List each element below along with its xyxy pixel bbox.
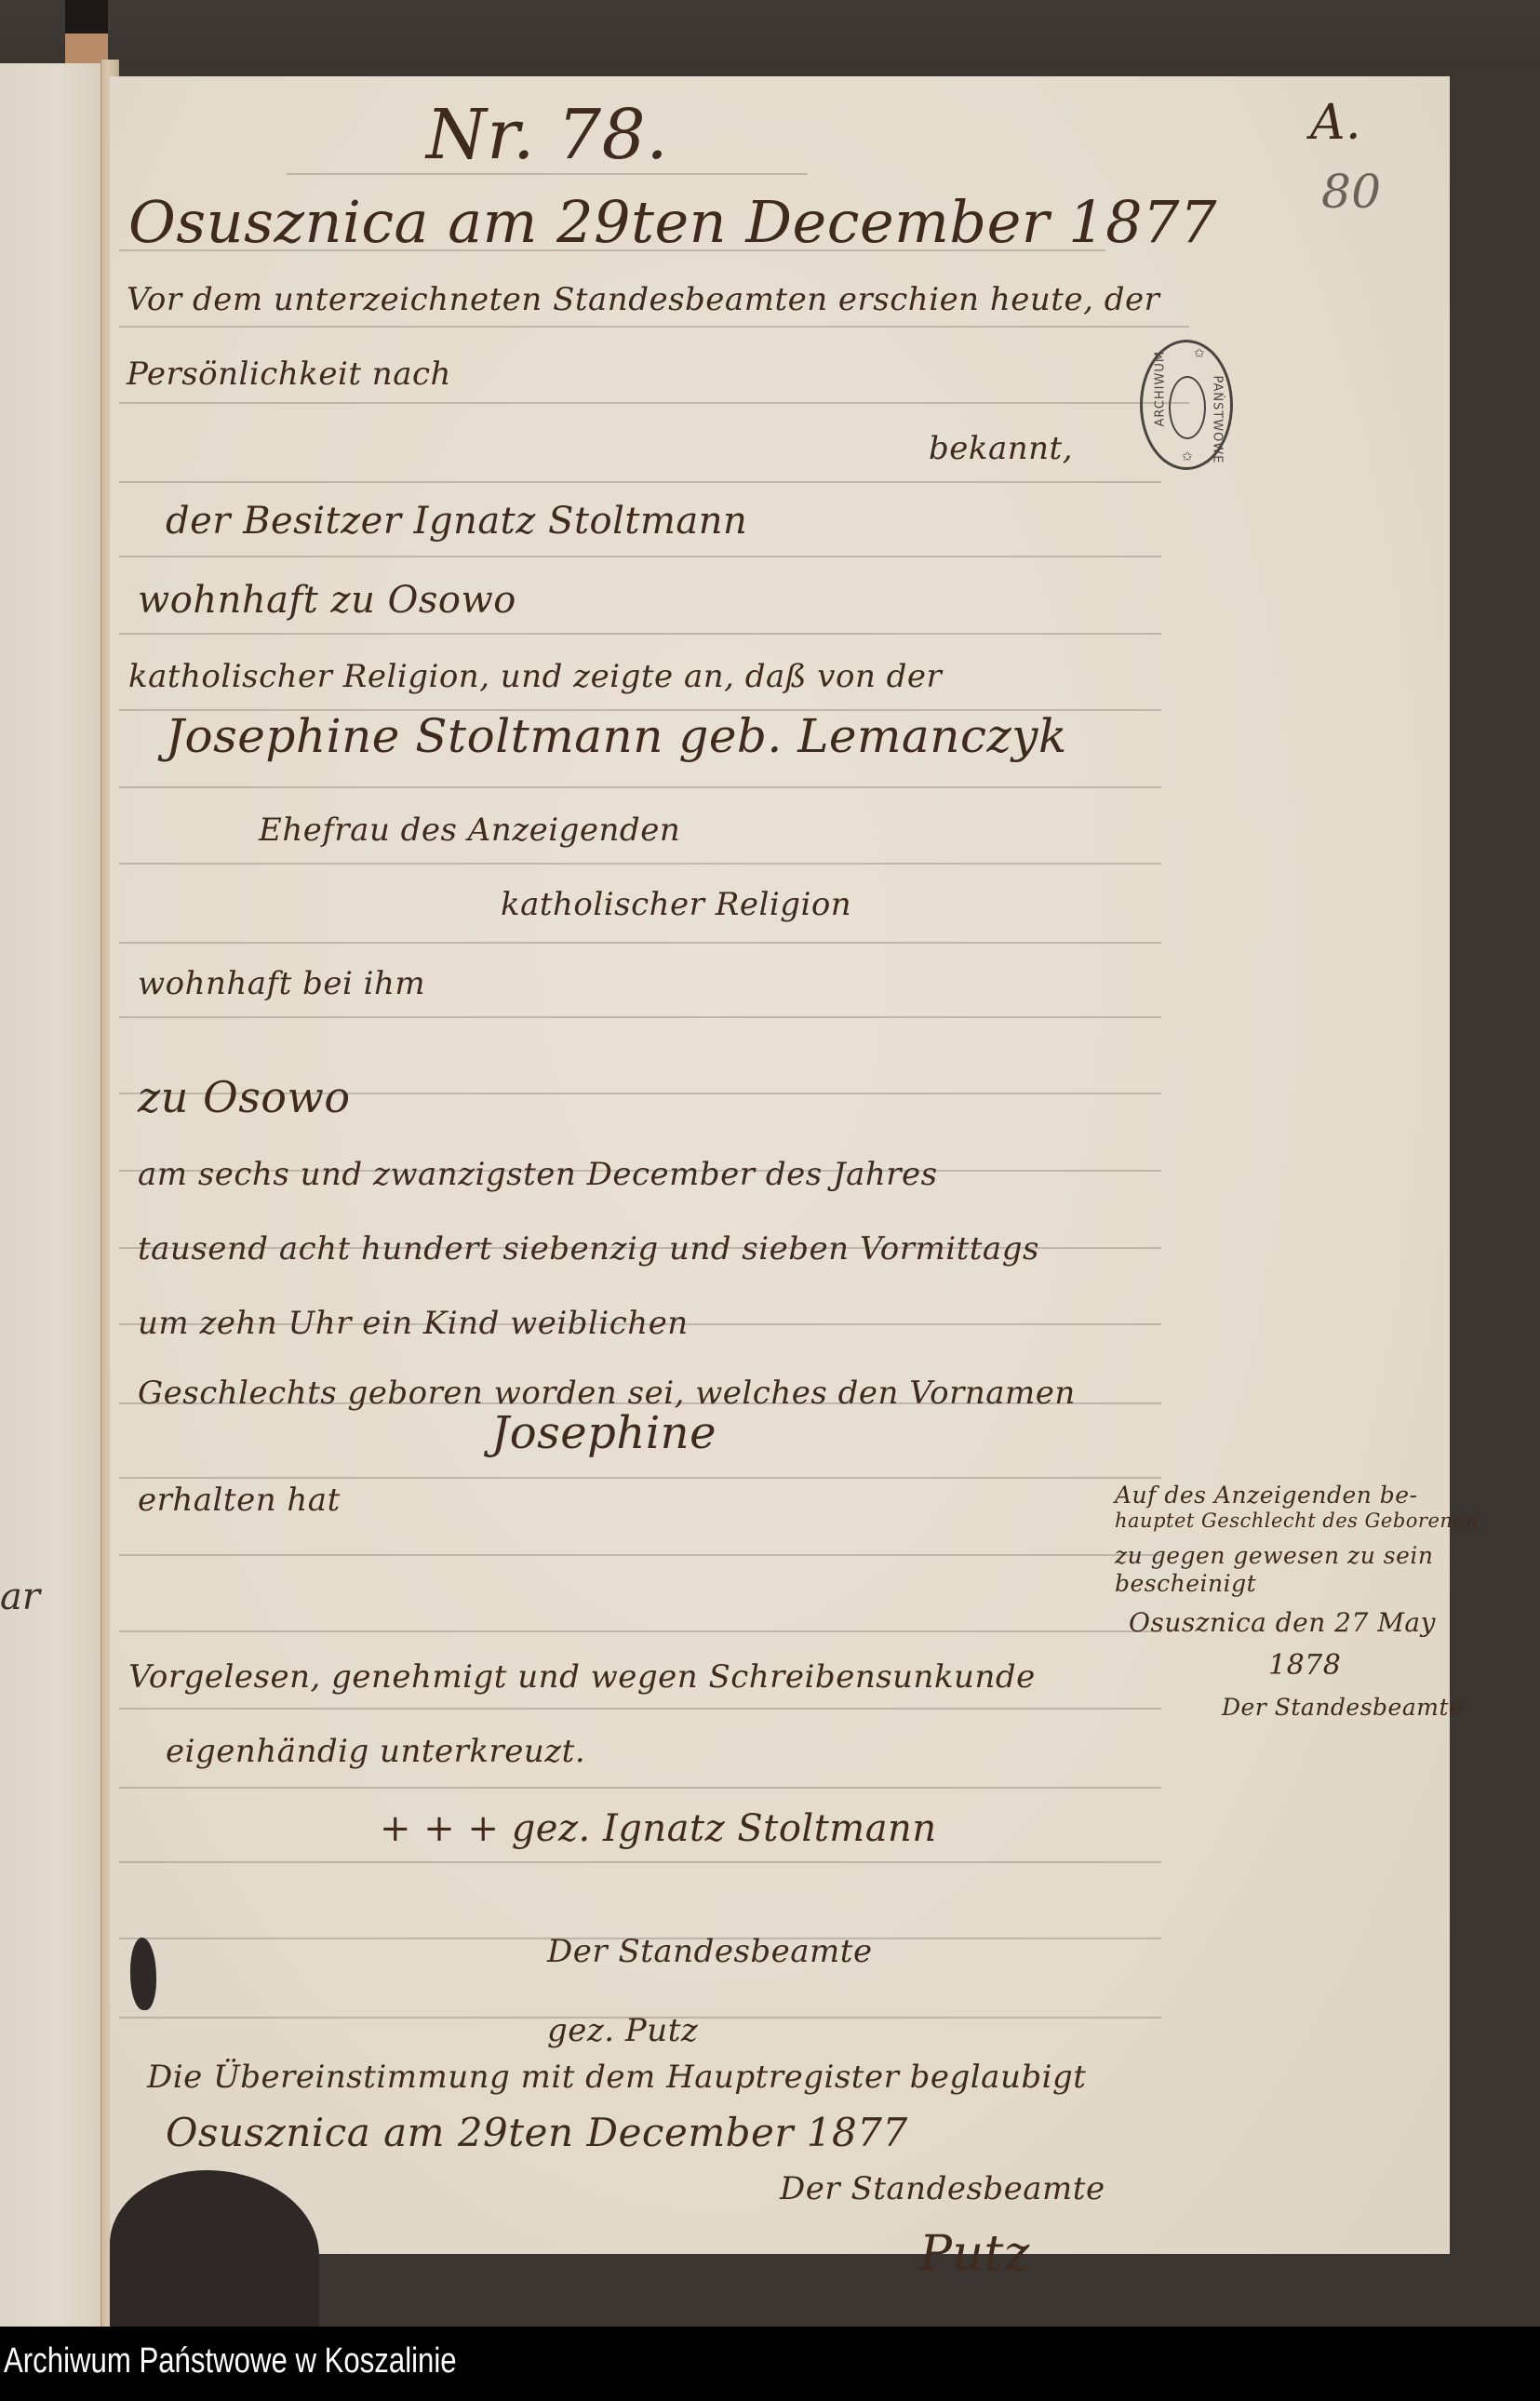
margin-note-line: bescheinigt xyxy=(1115,1570,1256,1597)
paper-damage xyxy=(130,1938,156,2010)
mother-name: Josephine Stoltmann geb. Lemanczyk xyxy=(166,709,1067,763)
ruled-line xyxy=(119,1861,1161,1863)
ruled-line xyxy=(119,326,1189,328)
stamp-inner-ring xyxy=(1169,376,1206,439)
page-number: 80 xyxy=(1321,165,1382,219)
margin-note-line: zu gegen gewesen zu sein xyxy=(1115,1542,1433,1569)
informant-line: zu Osowo xyxy=(138,1072,351,1122)
place-date-line: Osusznica am 29ten December 1877 xyxy=(128,188,1217,256)
folio-mark: A. xyxy=(1310,95,1361,151)
birth-line: am sechs und zwanzigsten December des Ja… xyxy=(138,1156,938,1193)
dark-backing xyxy=(0,0,1540,65)
scan-background: ar Nr. 78. A. 80 Osusznica am 29ten De xyxy=(0,0,1540,2327)
intro-line: Vor dem unterzeichneten Standesbeamten e… xyxy=(127,281,1159,318)
ruled-line xyxy=(119,1554,1161,1556)
known-word: bekannt, xyxy=(929,430,1073,467)
document-page: Nr. 78. A. 80 Osusznica am 29ten Decembe… xyxy=(110,76,1450,2254)
ruled-line xyxy=(119,1477,1161,1479)
informant-line: der Besitzer Ignatz Stoltmann xyxy=(166,500,747,543)
record-number: Nr. 78. xyxy=(426,95,668,175)
ruled-line xyxy=(119,863,1161,865)
child-name: Josephine xyxy=(491,1407,716,1459)
ruled-line xyxy=(119,556,1161,557)
archive-stamp: ARCHIWUM PAŃSTWOWE ✩ ✩ xyxy=(1140,340,1233,470)
ruled-line xyxy=(119,1630,1161,1632)
margin-note-line: hauptet Geschlecht des Geborenen xyxy=(1115,1509,1478,1532)
intro-line: Persönlichkeit nach xyxy=(127,355,451,393)
ruled-line xyxy=(119,633,1161,635)
star-icon: ✩ xyxy=(1194,346,1205,361)
archive-name: Archiwum Państwowe w Koszalinie xyxy=(4,2341,457,2381)
left-page-fragment: ar xyxy=(0,1576,40,1618)
margin-note-line: Osusznica den 27 May xyxy=(1129,1607,1436,1638)
ruled-line xyxy=(119,1016,1161,1018)
informant-signature: + + + gez. Ignatz Stoltmann xyxy=(380,1807,937,1850)
ruled-line xyxy=(119,481,1161,483)
certification-date: Osusznica am 29ten December 1877 xyxy=(166,2110,908,2155)
archive-footer-bar: Archiwum Państwowe w Koszalinie xyxy=(0,2327,1540,2401)
ruled-line xyxy=(119,942,1161,944)
ruled-line xyxy=(119,1708,1161,1710)
registrar-title: Der Standesbeamte xyxy=(547,1933,873,1970)
margin-note-line: Auf des Anzeigenden be- xyxy=(1115,1482,1418,1509)
paper-damage xyxy=(110,2170,319,2330)
certification-line: Die Übereinstimmung mit dem Hauptregiste… xyxy=(147,2059,1086,2096)
informant-line: wohnhaft bei ihm xyxy=(138,965,425,1002)
margin-note-line: 1878 xyxy=(1268,1649,1341,1682)
ruled-line xyxy=(119,786,1161,788)
ruled-line xyxy=(119,1787,1161,1789)
closing-line: eigenhändig unterkreuzt. xyxy=(166,1733,585,1770)
left-facing-page: ar xyxy=(0,63,100,2327)
birth-line: um zehn Uhr ein Kind weiblichen xyxy=(138,1305,689,1342)
star-icon: ✩ xyxy=(1182,449,1193,464)
binding-gap xyxy=(65,0,108,37)
margin-note-line: Der Standesbeamte xyxy=(1222,1694,1463,1721)
registrar-signature: Putz xyxy=(919,2226,1030,2282)
registrar-signature: gez. Putz xyxy=(547,2012,698,2049)
birth-line: Geschlechts geboren worden sei, welches … xyxy=(138,1375,1076,1412)
birth-line: tausend acht hundert siebenzig und siebe… xyxy=(138,1230,1039,1268)
registrar-title: Der Standesbeamte xyxy=(780,2170,1105,2207)
informant-line: katholischer Religion, und zeigte an, da… xyxy=(128,658,942,695)
informant-line: Ehefrau des Anzeigenden xyxy=(259,812,680,849)
stamp-text-right: PAŃSTWOWE xyxy=(1211,376,1225,432)
informant-line: katholischer Religion xyxy=(501,886,851,923)
stamp-text-left: ARCHIWUM xyxy=(1154,381,1168,427)
ruled-line xyxy=(119,402,1189,404)
informant-line: wohnhaft zu Osowo xyxy=(138,579,516,622)
birth-line: erhalten hat xyxy=(138,1482,341,1519)
closing-line: Vorgelesen, genehmigt und wegen Schreibe… xyxy=(128,1658,1036,1696)
